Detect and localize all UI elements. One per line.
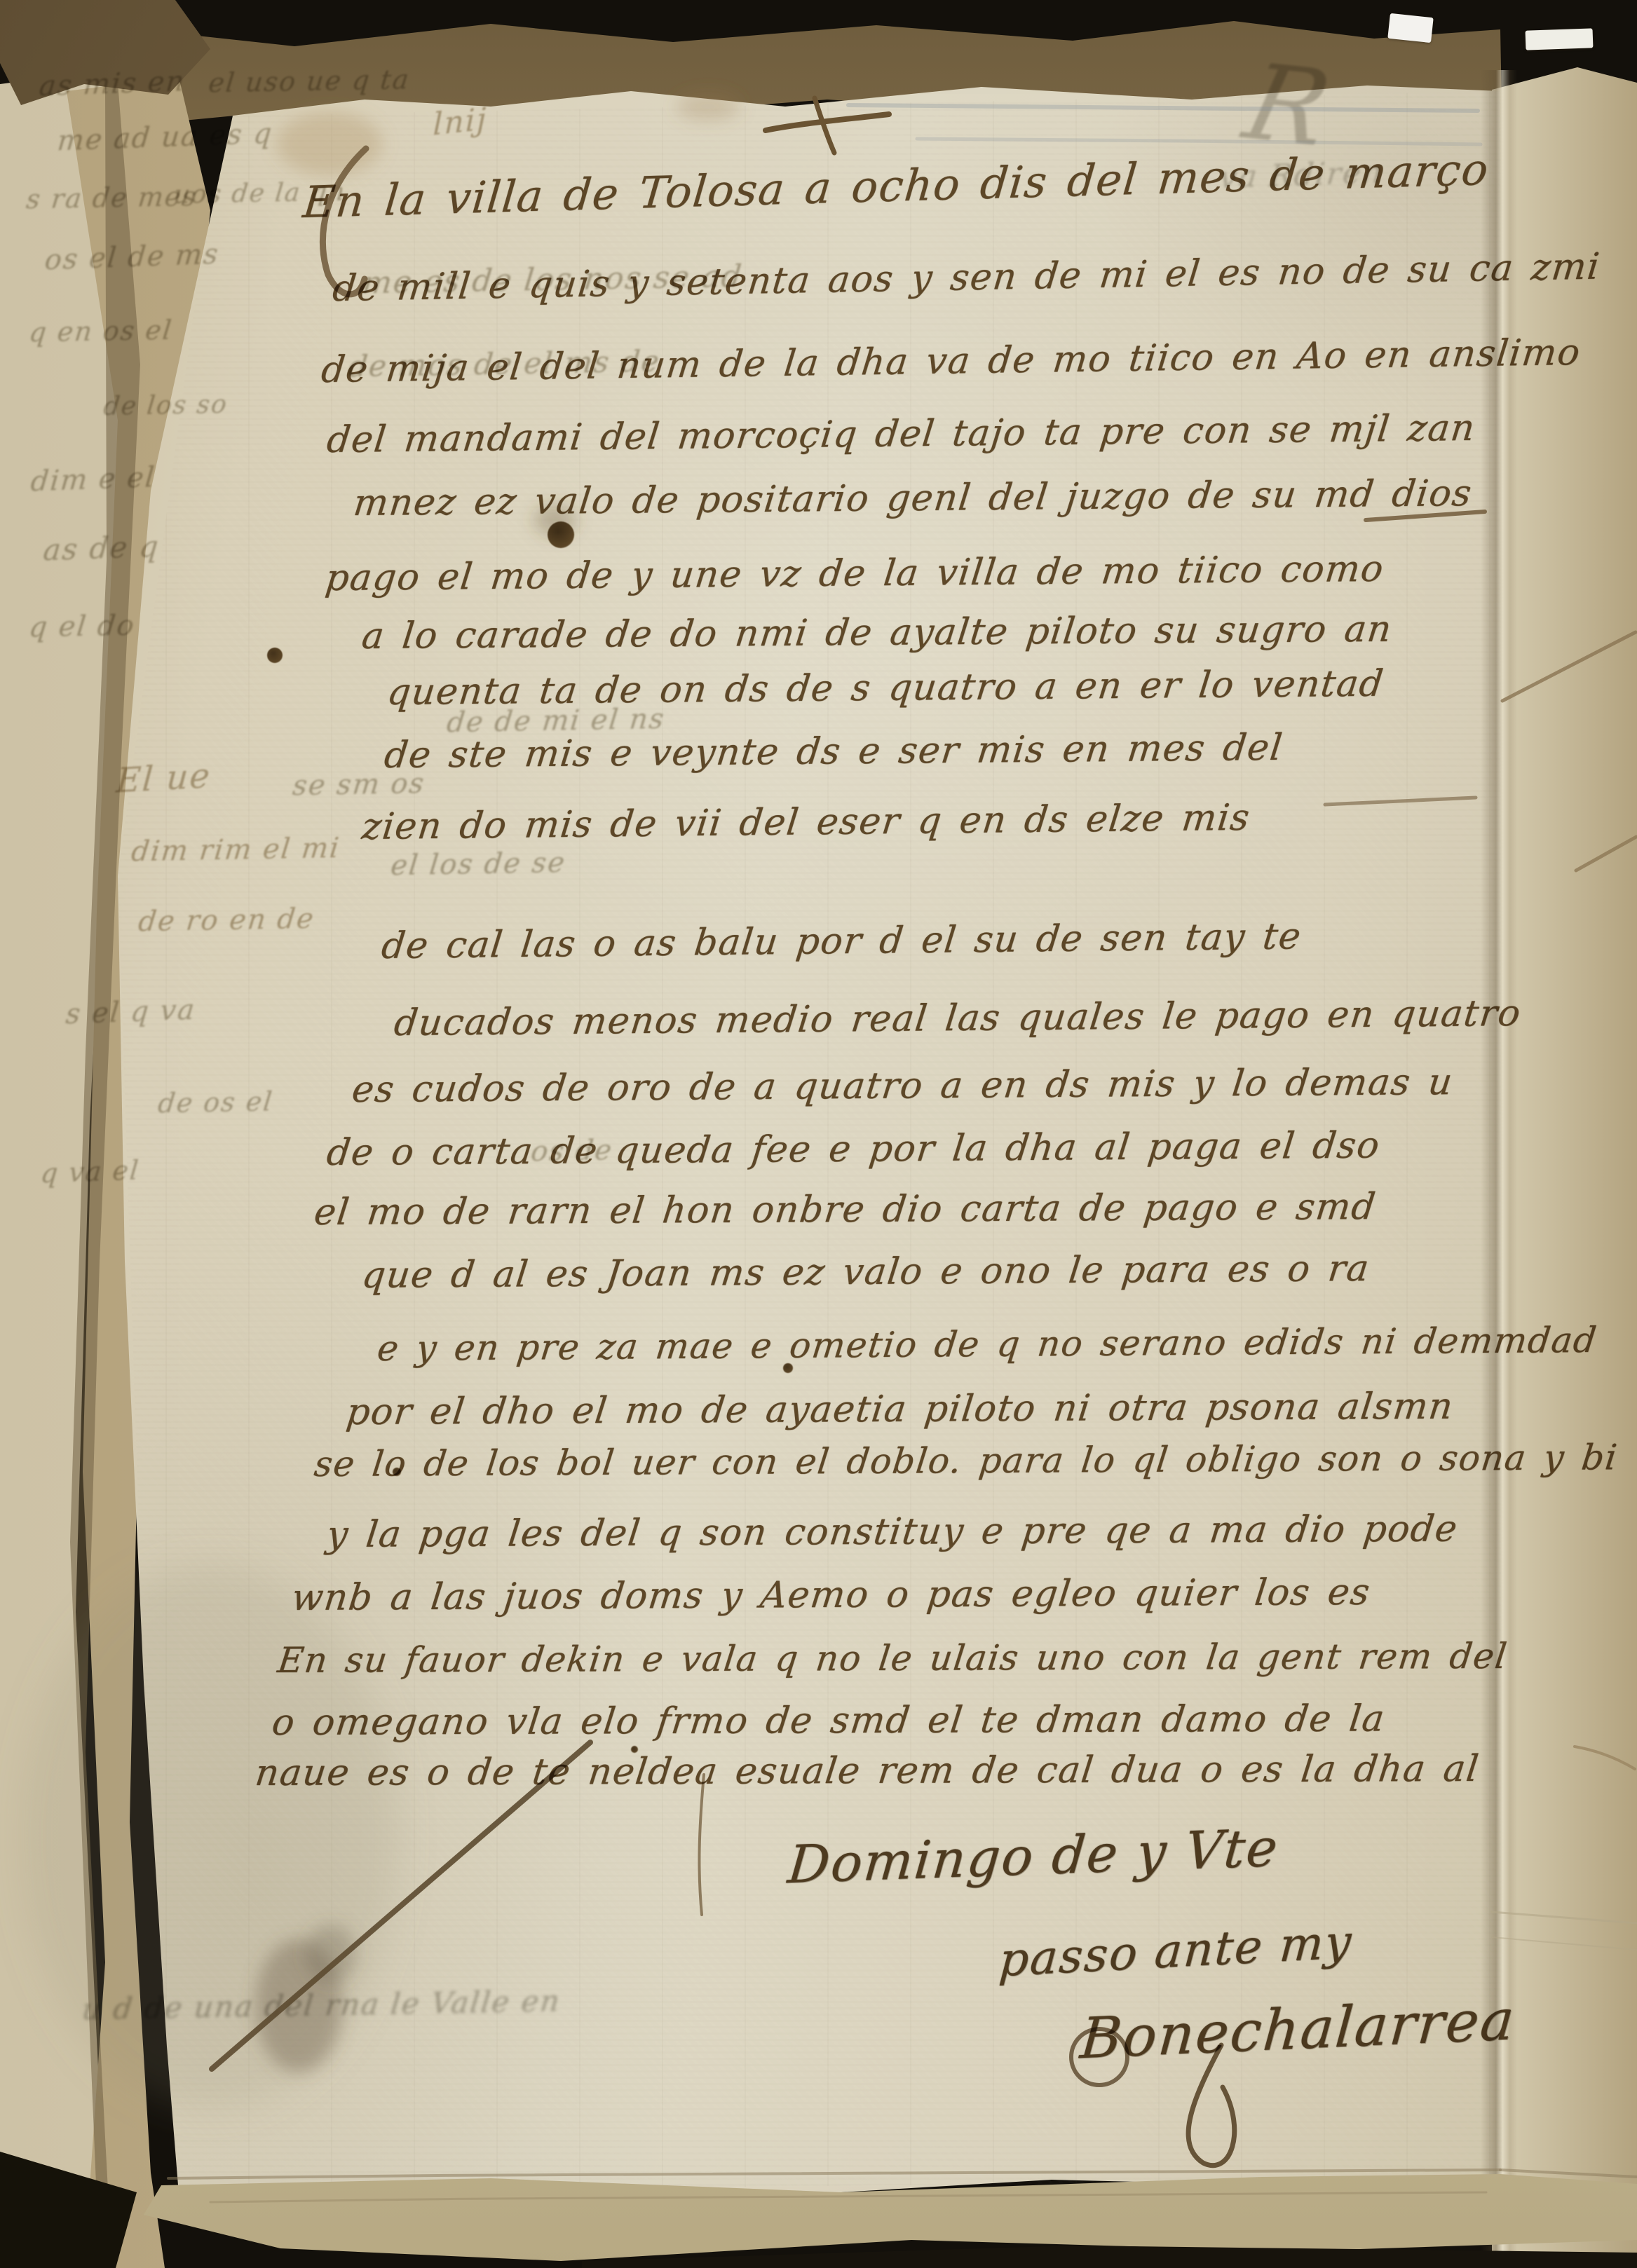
manuscript-line: por el dho el mo de ayaetia piloto ni ot… [344, 1386, 1456, 1433]
ink-blot [783, 1363, 793, 1373]
faded-ruling-line [917, 139, 1481, 144]
facing-page-stroke [1576, 837, 1636, 870]
manuscript-line: de ste mis e veynte ds e ser mis en mes … [382, 727, 1285, 777]
manuscript-line: que d al es Joan ms ez valo e ono le par… [360, 1248, 1372, 1297]
faded-ruling-line [848, 105, 1478, 111]
crease-line [1492, 1912, 1637, 1923]
manuscript-line: o omegano vla elo frmo de smd el te dman… [270, 1697, 1387, 1744]
manuscript-line: e y en pre za mae e ometio de q no seran… [375, 1320, 1599, 1369]
crease-line [168, 2170, 1500, 2178]
manuscript-line: de o carta de queda fee e por la dha al … [325, 1125, 1383, 1175]
crease-line [1492, 1937, 1637, 1950]
ink-blot [631, 1746, 638, 1753]
manuscript-photo: as mis enel uso ue q tame ad ua es qs ra… [0, 0, 1637, 2268]
invocation-cross-icon [815, 98, 834, 153]
manuscript-line: se lo de los bol uer con el doblo. para … [312, 1437, 1619, 1484]
ink-blot [393, 1468, 401, 1476]
manuscript-line: es cudos de oro de a quatro a en ds mis … [350, 1061, 1455, 1111]
manuscript-line: wnb a las juos doms y Aemo o pas egleo q… [290, 1571, 1373, 1619]
manuscript-line: quenta ta de on ds de s quatro a en er l… [385, 663, 1386, 713]
manuscript-line: y la pga les del q son constituy e pre q… [325, 1508, 1460, 1556]
manuscript-line: a lo carade de do nmi de ayalte piloto s… [360, 608, 1394, 657]
underline-stroke [1325, 798, 1476, 805]
manuscript-line: En su fauor dekin e vala q no le ulais u… [276, 1636, 1509, 1681]
facing-page-stroke [1575, 1747, 1635, 1769]
crease-line [210, 2192, 1486, 2202]
manuscript-line: el mo de rarn el hon onbre dio carta de … [312, 1186, 1378, 1234]
ink-blot [267, 648, 283, 663]
manuscript-line: naue es o de te neldea esuale rem de cal… [253, 1748, 1482, 1794]
crease-line [1500, 2170, 1637, 2177]
pen-descender [699, 1775, 704, 1915]
facing-page-stroke [1502, 632, 1636, 701]
ink-blot [548, 521, 574, 548]
invocation-cross-icon [766, 114, 889, 130]
